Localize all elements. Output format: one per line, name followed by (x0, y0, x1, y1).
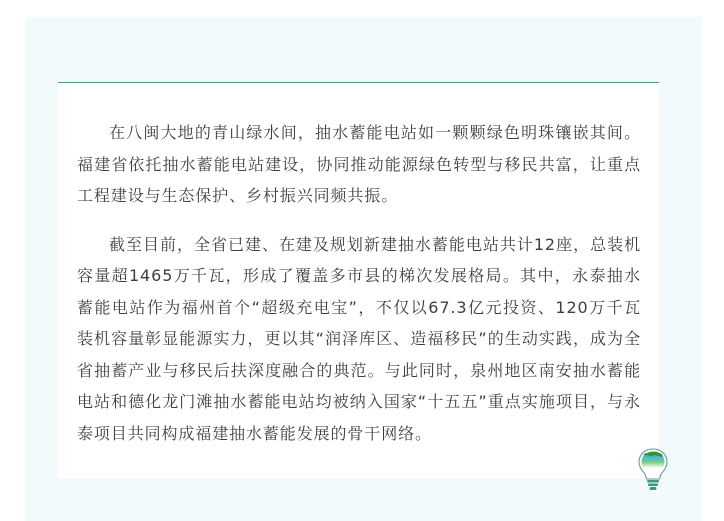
paragraph-1: 在八闽大地的青山绿水间，抽水蓄能电站如一颗颗绿色明珠镶嵌其间。福建省依托抽水蓄能… (77, 117, 641, 212)
article-card: 在八闽大地的青山绿水间，抽水蓄能电站如一颗颗绿色明珠镶嵌其间。福建省依托抽水蓄能… (58, 82, 659, 478)
lightbulb-earth-icon (637, 447, 669, 492)
article-body: 在八闽大地的青山绿水间，抽水蓄能电站如一颗颗绿色明珠镶嵌其间。福建省依托抽水蓄能… (77, 117, 641, 466)
paragraph-2: 截至目前，全省已建、在建及规划新建抽水蓄能电站共计12座，总装机容量超1465万… (77, 229, 641, 450)
